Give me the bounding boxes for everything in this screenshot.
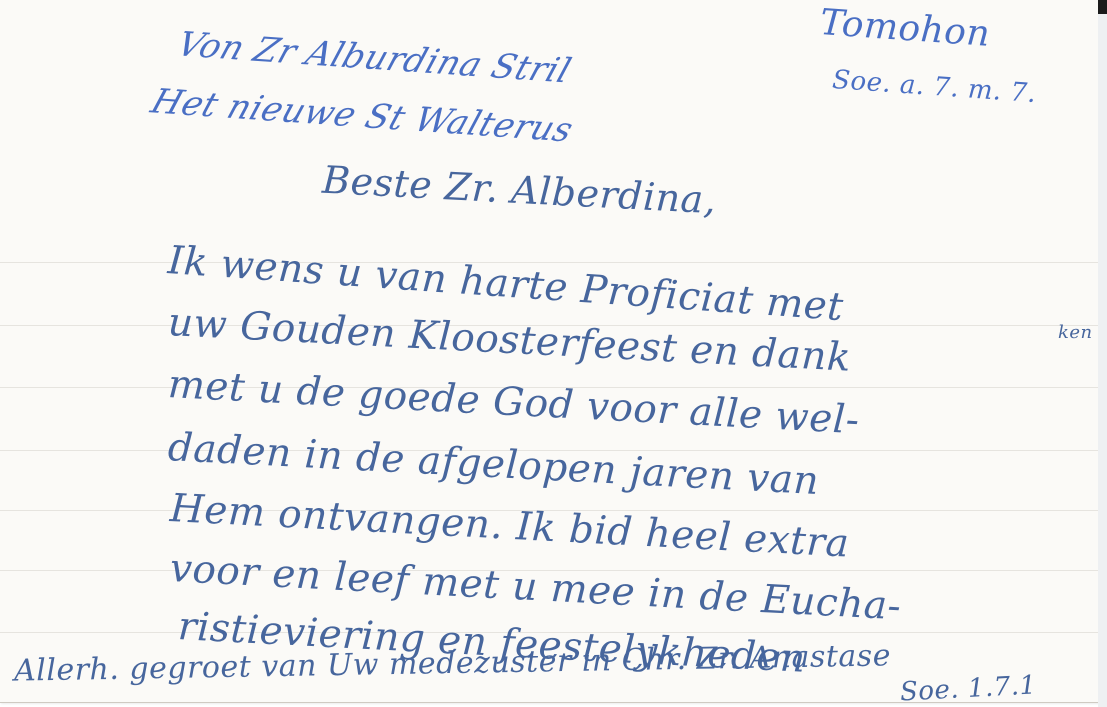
salutation: Beste Zr. Alberdina, — [321, 158, 717, 223]
signature-date: Soe. 1.7.1 — [899, 670, 1037, 703]
correction-mark: ken — [1058, 322, 1093, 343]
header-line-1: Von Zr Alburdina Stril — [172, 25, 576, 92]
closing-line: Allerh. gegroet van Uw medezuster in Chr… — [14, 638, 891, 688]
scan-edge — [1098, 0, 1107, 14]
header-line-2: Het nieuwe St Walterus — [146, 82, 578, 151]
place-name: Tomohon — [819, 2, 992, 55]
scan-background — [1098, 14, 1107, 707]
postcard: Tomohon Soe. a. 7. m. 7. Von Zr Alburdin… — [0, 0, 1099, 703]
date-text: Soe. a. 7. m. 7. — [831, 65, 1037, 109]
ruled-line — [0, 262, 1098, 263]
